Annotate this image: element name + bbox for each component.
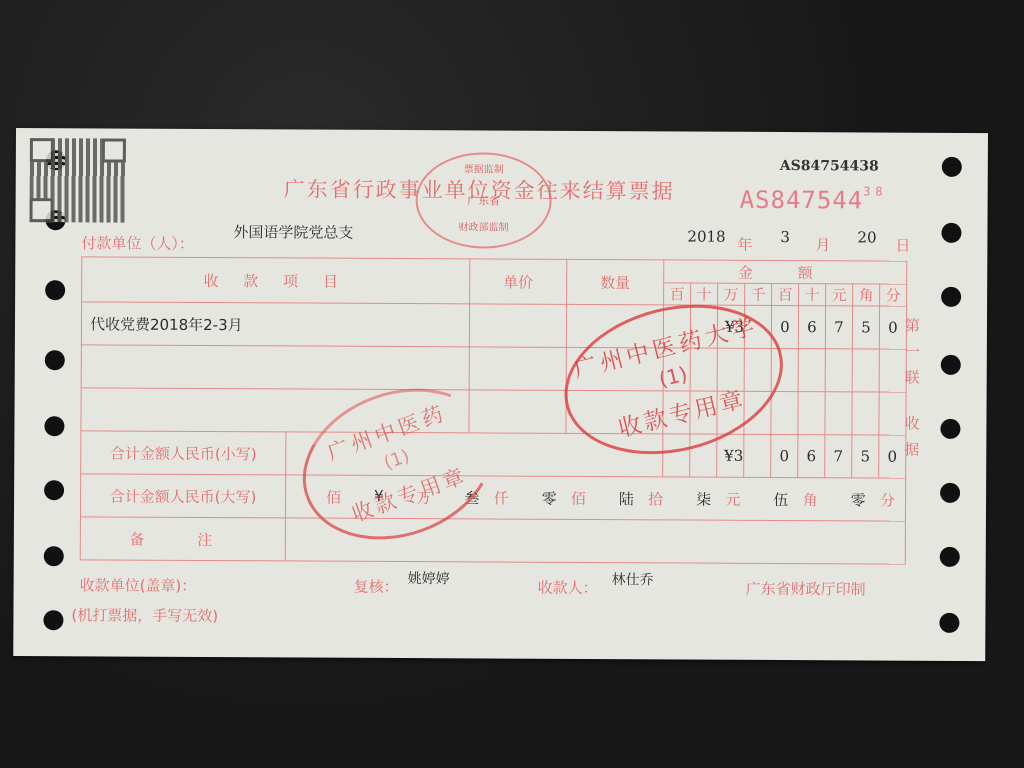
printer-label: 广东省财政厅印制 <box>746 578 866 600</box>
payer-value: 外国语学院党总支 <box>233 221 353 243</box>
serial-red-main: AS847544 <box>740 186 864 215</box>
feed-hole-left-8 <box>43 610 63 630</box>
unit-qian: 千 <box>745 283 772 305</box>
feed-hole-right-3 <box>941 287 961 307</box>
feed-hole-right-7 <box>940 547 960 567</box>
row-digit <box>879 349 906 392</box>
feed-hole-right-8 <box>939 613 959 633</box>
date-year: 2018 <box>687 228 725 246</box>
total-digit <box>744 434 771 477</box>
receipt-paper: 广东省行政事业单位资金往来结算票据 票据监制 广东省 财政部监制 AS84754… <box>13 128 988 661</box>
big-segment: 柒 元 <box>696 488 740 509</box>
big-segment: 零 分 <box>851 489 895 510</box>
serial-number-red: AS84754438 <box>740 186 888 215</box>
remarks-row: 备 注 <box>80 517 905 564</box>
copy-label: 第 一 联 收 据 <box>904 313 925 463</box>
serial-number-printed: AS84754438 <box>780 158 879 175</box>
serial-red-small-b: 8 <box>875 187 887 198</box>
unit-bai: 百 <box>772 283 799 305</box>
unit-fen: 分 <box>880 284 907 306</box>
row-item <box>81 345 469 390</box>
total-digit: 6 <box>798 435 825 478</box>
table-header-row: 收 款 项 目 单价 数量 金 额 <box>82 257 907 284</box>
date-day: 20 <box>857 228 876 246</box>
feed-hole-right-2 <box>941 223 961 243</box>
row-digit <box>798 392 825 435</box>
header-item: 收 款 项 目 <box>82 257 470 304</box>
header-amount: 金 额 <box>664 260 907 284</box>
total-digit: 0 <box>879 435 906 478</box>
row-digit: 7 <box>825 306 852 349</box>
total-big-row: 合计金额人民币(大写) 佰 ¥ 万 叁 仟 零 佰 陆 拾 柒 元 伍 角 零 … <box>80 474 905 521</box>
unit-shi: 十 <box>799 284 826 306</box>
row-digit <box>825 349 852 392</box>
stamp-bottom-text: 财政部监制 <box>417 218 549 234</box>
row-digit: 6 <box>798 306 825 349</box>
stamp-top-text: 票据监制 <box>418 160 550 176</box>
machine-print-note: (机打票据，手写无效) <box>71 604 218 626</box>
row-item: 代收党费2018年2-3月 <box>81 302 469 347</box>
row-digit <box>852 349 879 392</box>
feed-hole-right-5 <box>940 419 960 439</box>
total-small-label: 合计金额人民币(小写) <box>81 431 286 475</box>
row-unit-price <box>469 347 566 391</box>
unit-yuan: 元 <box>826 284 853 306</box>
unit-bai-wan: 百 <box>664 283 691 305</box>
feed-hole-left-7 <box>44 546 64 566</box>
row-digit: 0 <box>879 306 906 349</box>
total-digit: 5 <box>852 435 879 478</box>
feed-hole-left-3 <box>45 280 65 300</box>
total-digit: 7 <box>825 435 852 478</box>
feed-hole-left-5 <box>44 416 64 436</box>
header-unit-price: 单价 <box>470 259 567 305</box>
qr-code <box>30 138 126 223</box>
unit-shi-wan: 十 <box>691 283 718 305</box>
big-segment: 零 佰 <box>542 487 586 508</box>
unit-jiao: 角 <box>853 284 880 306</box>
total-big-label: 合计金额人民币(大写) <box>80 474 285 518</box>
total-digit: 0 <box>771 434 798 477</box>
date-month-label: 月 <box>815 234 830 255</box>
receipt-table: 收 款 项 目 单价 数量 金 额 百 十 万 千 百 十 元 角 分 代收党费… <box>80 256 908 564</box>
date-day-label: 日 <box>895 235 910 256</box>
payee-unit-label: 收款单位(盖章)： <box>80 574 197 596</box>
unit-wan: 万 <box>718 283 745 305</box>
row-digit <box>798 349 825 392</box>
big-segment: 陆 拾 <box>619 488 663 509</box>
row-digit <box>879 392 906 435</box>
table-row: 代收党费2018年2-3月 ¥3 0 6 7 5 0 <box>81 302 906 349</box>
feed-hole-left-4 <box>45 350 65 370</box>
total-digit: ¥3 <box>717 434 744 477</box>
row-digit <box>852 392 879 435</box>
cashier-value: 林仕乔 <box>612 569 654 589</box>
finance-supervision-stamp: 票据监制 广东省 财政部监制 <box>415 152 552 249</box>
payer-label: 付款单位（人）： <box>81 232 194 254</box>
feed-hole-right-4 <box>941 355 961 375</box>
feed-hole-left-6 <box>44 480 64 500</box>
date-year-label: 年 <box>737 234 752 255</box>
date-month: 3 <box>780 228 790 246</box>
feed-hole-right-1 <box>942 157 962 177</box>
feed-hole-right-6 <box>940 483 960 503</box>
reviewer-label: 复核： <box>354 576 399 597</box>
row-digit <box>825 392 852 435</box>
reviewer-value: 姚婷婷 <box>408 568 450 588</box>
serial-red-small-a: 3 <box>863 186 875 197</box>
remarks-label: 备 注 <box>80 517 285 561</box>
row-digit: 5 <box>852 306 879 349</box>
row-unit-price <box>469 304 566 348</box>
cashier-label: 收款人： <box>538 577 598 598</box>
big-segment: 伍 角 <box>773 488 817 509</box>
stamp-middle-text: 广东省 <box>418 192 550 209</box>
header-quantity: 数量 <box>567 259 664 305</box>
